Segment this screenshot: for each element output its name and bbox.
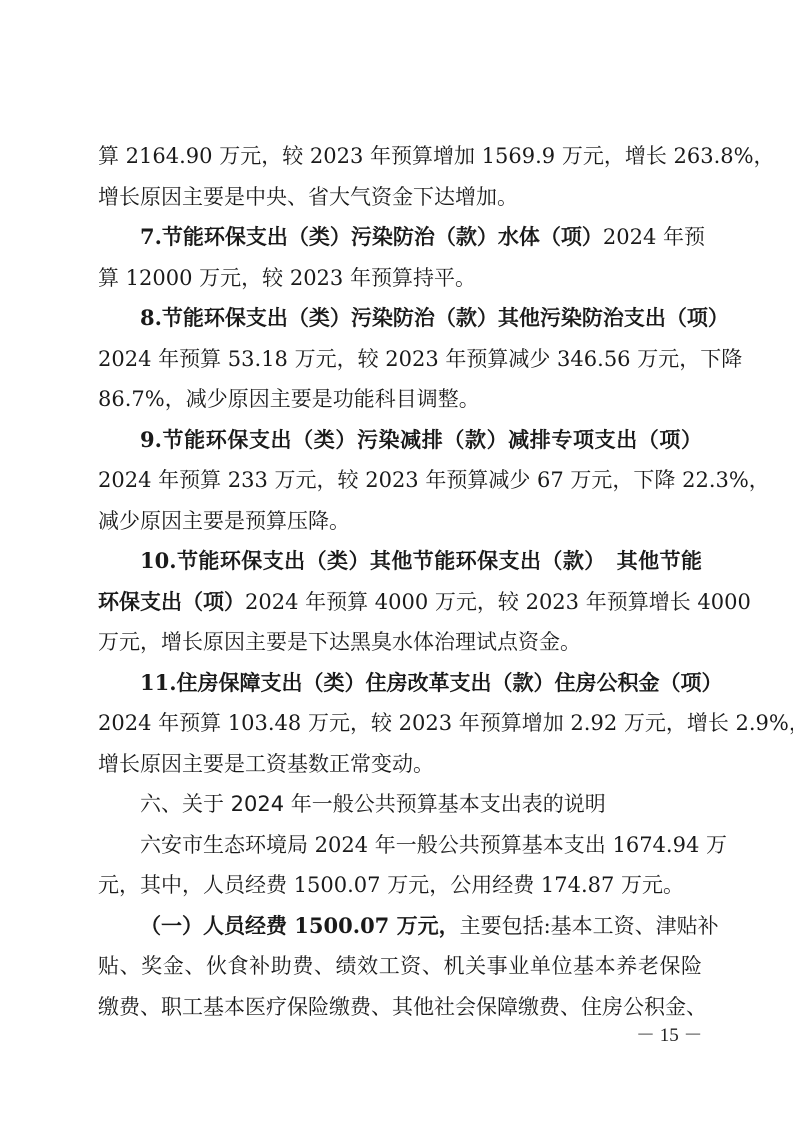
line-text: 元，其中，人员经费 1500.07 万元，公用经费 174.87 万元。	[98, 873, 684, 897]
text-line: 增长原因主要是工资基数正常变动。	[98, 746, 702, 787]
item-title: 9.节能环保支出（类）污染减排（款）减排专项支出（项）	[140, 427, 702, 452]
item-11-title: 11.住房保障支出（类）住房改革支出（款）住房公积金（项）	[98, 665, 702, 706]
item-9-title: 9.节能环保支出（类）污染减排（款）减排专项支出（项）	[98, 422, 702, 463]
item-7-title: 7.节能环保支出（类）污染防治（款）水体（项）2024 年预	[98, 219, 702, 260]
item-8-title: 8.节能环保支出（类）污染防治（款）其他污染防治支出（项）	[98, 300, 702, 341]
section-heading-text: 六、关于 2024 年一般公共预算基本支出表的说明	[140, 792, 606, 816]
line-text: 2024 年预	[603, 225, 705, 249]
line-text: 2024 年预算 4000 万元，较 2023 年预算增长 4000	[245, 590, 751, 614]
line-text: 缴费、职工基本医疗保险缴费、其他社会保障缴费、住房公积金、	[98, 995, 707, 1019]
text-line: 增长原因主要是中央、省大气资金下达增加。	[98, 179, 702, 220]
text-line: 万元，增长原因主要是下达黑臭水体治理试点资金。	[98, 624, 702, 665]
line-text: 增长原因主要是工资基数正常变动。	[98, 752, 434, 776]
item-title: 8.节能环保支出（类）污染防治（款）其他污染防治支出（项）	[140, 305, 729, 330]
subsection-personnel: （一）人员经费 1500.07 万元，主要包括:基本工资、津贴补	[98, 908, 702, 949]
text-line: 2024 年预算 103.48 万元，较 2023 年预算增加 2.92 万元，…	[98, 705, 702, 746]
text-line: 算 2164.90 万元，较 2023 年预算增加 1569.9 万元，增长 2…	[98, 138, 702, 179]
text-line: 元，其中，人员经费 1500.07 万元，公用经费 174.87 万元。	[98, 867, 702, 908]
line-text: 贴、奖金、伙食补助费、绩效工资、机关事业单位基本养老保险	[98, 954, 702, 978]
line-text: 算 12000 万元，较 2023 年预算持平。	[98, 266, 476, 290]
text-line: 贴、奖金、伙食补助费、绩效工资、机关事业单位基本养老保险	[98, 948, 702, 989]
item-10-title: 10.节能环保支出（类）其他节能环保支出（款） 其他节能	[98, 543, 702, 584]
line-text: 2024 年预算 53.18 万元，较 2023 年预算减少 346.56 万元…	[98, 347, 742, 371]
item-title: 11.住房保障支出（类）住房改革支出（款）住房公积金（项）	[140, 670, 723, 695]
subsection-title: （一）人员经费 1500.07 万元，	[140, 913, 460, 938]
text-line: 环保支出（项）2024 年预算 4000 万元，较 2023 年预算增长 400…	[98, 584, 702, 625]
text-line: 六安市生态环境局 2024 年一般公共预算基本支出 1674.94 万	[98, 827, 702, 868]
line-text: 2024 年预算 103.48 万元，较 2023 年预算增加 2.92 万元，…	[98, 711, 793, 735]
line-text: 2024 年预算 233 万元，较 2023 年预算减少 67 万元，下降 22…	[98, 468, 770, 492]
text-line: 2024 年预算 233 万元，较 2023 年预算减少 67 万元，下降 22…	[98, 462, 702, 503]
text-line: 2024 年预算 53.18 万元，较 2023 年预算减少 346.56 万元…	[98, 341, 702, 382]
line-text: 六安市生态环境局 2024 年一般公共预算基本支出 1674.94 万	[140, 833, 727, 857]
line-text: 增长原因主要是中央、省大气资金下达增加。	[98, 185, 518, 209]
text-line: 86.7%，减少原因主要是功能科目调整。	[98, 381, 702, 422]
line-text: 减少原因主要是预算压降。	[98, 509, 350, 533]
item-title: 10.节能环保支出（类）其他节能环保支出（款） 其他节能	[140, 548, 702, 573]
text-line: 减少原因主要是预算压降。	[98, 503, 702, 544]
line-text: 主要包括:基本工资、津贴补	[460, 914, 719, 938]
line-text: 算 2164.90 万元，较 2023 年预算增加 1569.9 万元，增长 2…	[98, 144, 775, 168]
line-text: 86.7%，减少原因主要是功能科目调整。	[98, 387, 480, 411]
item-title: 7.节能环保支出（类）污染防治（款）水体（项）	[140, 224, 603, 249]
text-line: 缴费、职工基本医疗保险缴费、其他社会保障缴费、住房公积金、	[98, 989, 702, 1030]
page-number: － 15 －	[636, 1020, 703, 1047]
item-title: 环保支出（项）	[98, 589, 245, 614]
section-heading: 六、关于 2024 年一般公共预算基本支出表的说明	[98, 786, 702, 827]
line-text: 万元，增长原因主要是下达黑臭水体治理试点资金。	[98, 630, 581, 654]
document-body: 算 2164.90 万元，较 2023 年预算增加 1569.9 万元，增长 2…	[98, 138, 702, 1029]
text-line: 算 12000 万元，较 2023 年预算持平。	[98, 260, 702, 301]
